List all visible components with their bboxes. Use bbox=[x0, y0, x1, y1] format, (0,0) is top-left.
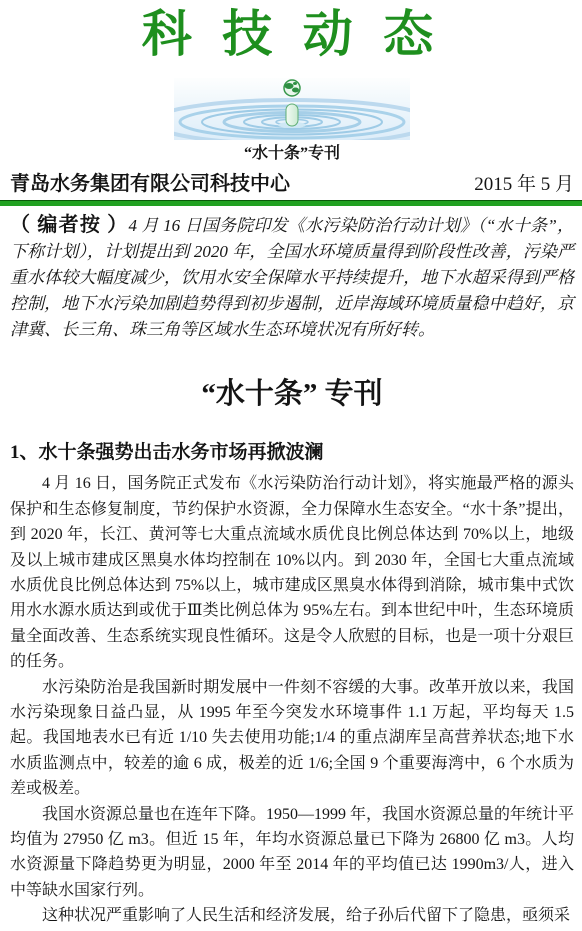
section-heading: 1、水十条强势出击水务市场再掀波澜 bbox=[10, 441, 574, 465]
publisher-row: 青岛水务集团有限公司科技中心 2015 年 5 月 bbox=[10, 167, 574, 196]
editor-note: （ 编者按 ）4 月 16 日国务院印发《水污染防治行动计划》（“水十条”，下称… bbox=[10, 212, 574, 343]
body-paragraph-4: 这种状况严重影响了人民生活和经济发展，给子孙后代留下了隐患，亟须采 bbox=[10, 903, 574, 928]
masthead-divider bbox=[0, 200, 582, 206]
water-drop-ripple-image bbox=[174, 78, 410, 140]
body-paragraph-3: 我国水资源总量也在连年下降。1950—1999 年，我国水资源总量的年统计平均值… bbox=[10, 802, 574, 904]
body-paragraph-2: 水污染防治是我国新时期发展中一件刻不容缓的大事。改革开放以来，我国水污染现象日益… bbox=[10, 675, 574, 802]
masthead-caption: “水十条”专刊 bbox=[10, 143, 574, 165]
issue-date: 2015 年 5 月 bbox=[474, 169, 574, 196]
newsletter-page: 科 技 动 态 bbox=[0, 0, 582, 929]
special-issue-title: “水十条” 专刊 bbox=[10, 377, 574, 412]
publisher-name: 青岛水务集团有限公司科技中心 bbox=[10, 167, 290, 196]
editor-note-label: （ 编者按 ） bbox=[10, 214, 129, 236]
globe-icon bbox=[284, 80, 300, 96]
body-paragraph-1: 4 月 16 日，国务院正式发布《水污染防治行动计划》，将实施最严格的源头保护和… bbox=[10, 471, 574, 674]
document-page: { "masthead": { "title": "科 技 动 态", "tit… bbox=[0, 0, 582, 931]
masthead-title: 科 技 动 态 bbox=[10, 6, 574, 64]
droplet-icon bbox=[286, 104, 298, 126]
